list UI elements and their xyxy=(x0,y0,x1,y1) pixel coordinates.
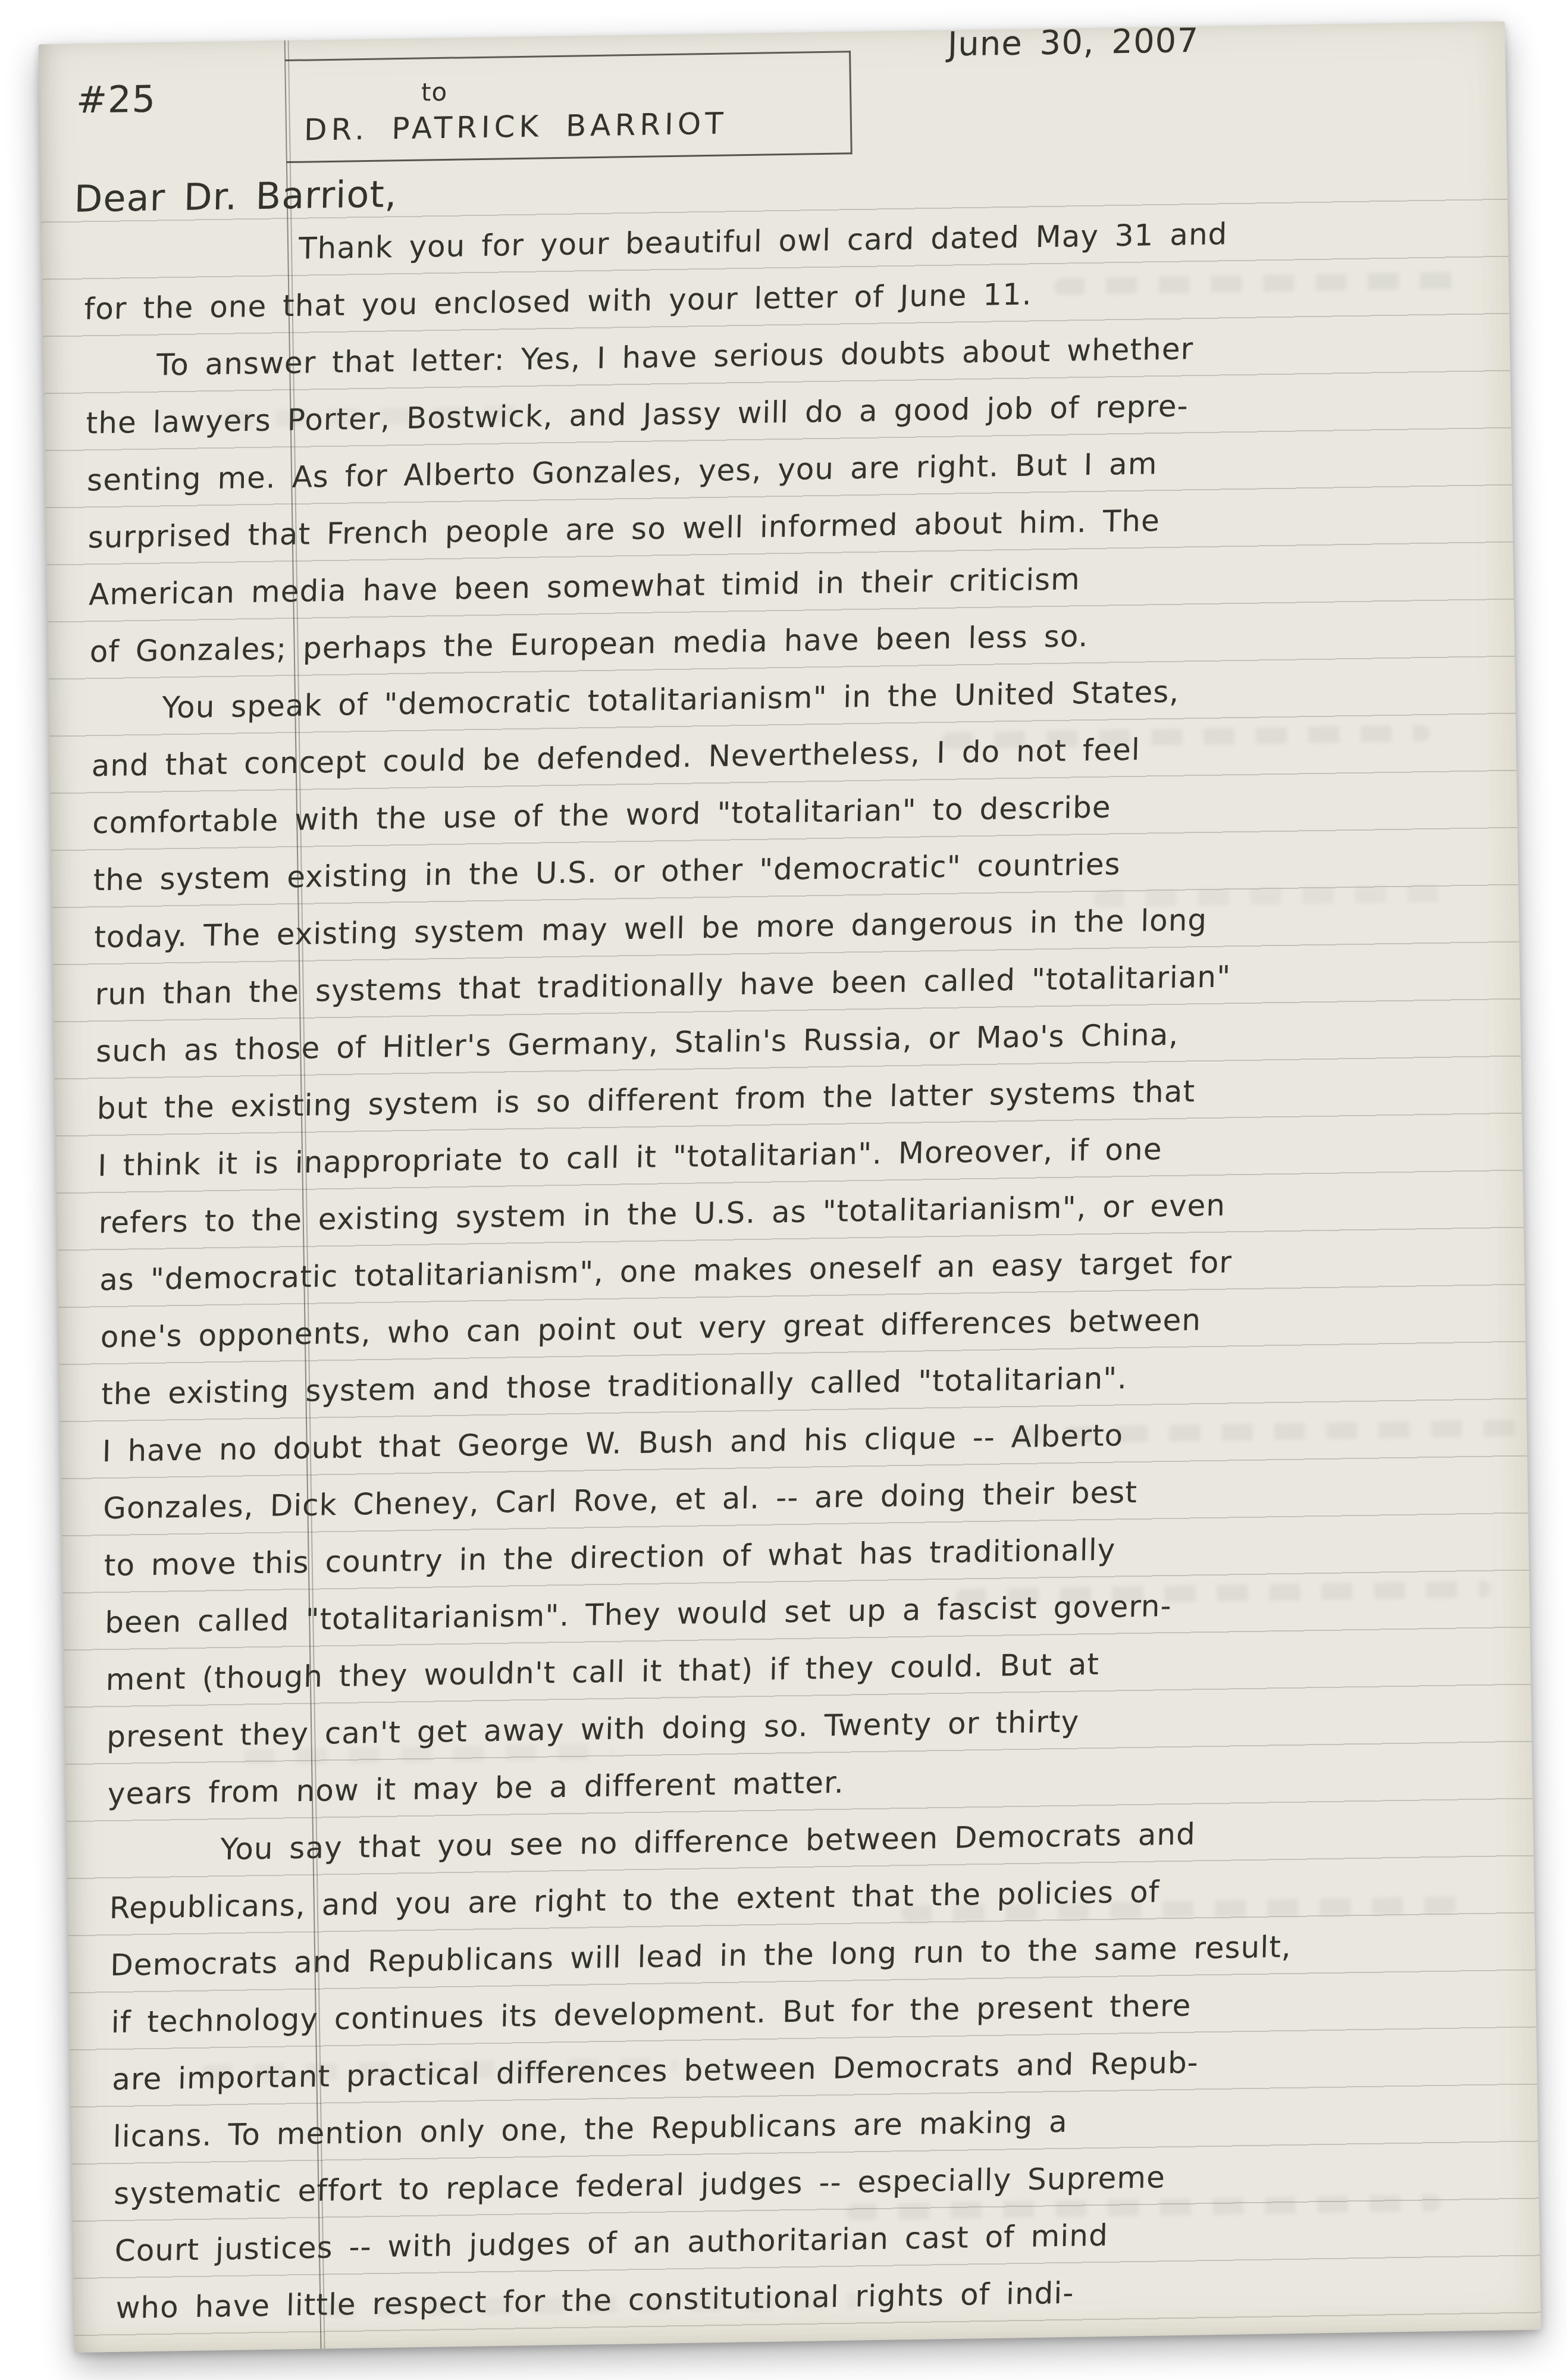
letter-date: June 30, 2007 xyxy=(947,21,1199,64)
salutation: Dear Dr. Barriot, xyxy=(74,172,397,221)
recipient-name: DR. PATRICK BARRIOT xyxy=(303,106,728,147)
photo-background: #25 to DR. PATRICK BARRIOT June 30, 2007… xyxy=(0,0,1567,2380)
letter-page: #25 to DR. PATRICK BARRIOT June 30, 2007… xyxy=(39,21,1541,2353)
letter-body: Thank you for your beautiful owl card da… xyxy=(41,201,1528,2337)
letter-number: #25 xyxy=(76,77,156,121)
